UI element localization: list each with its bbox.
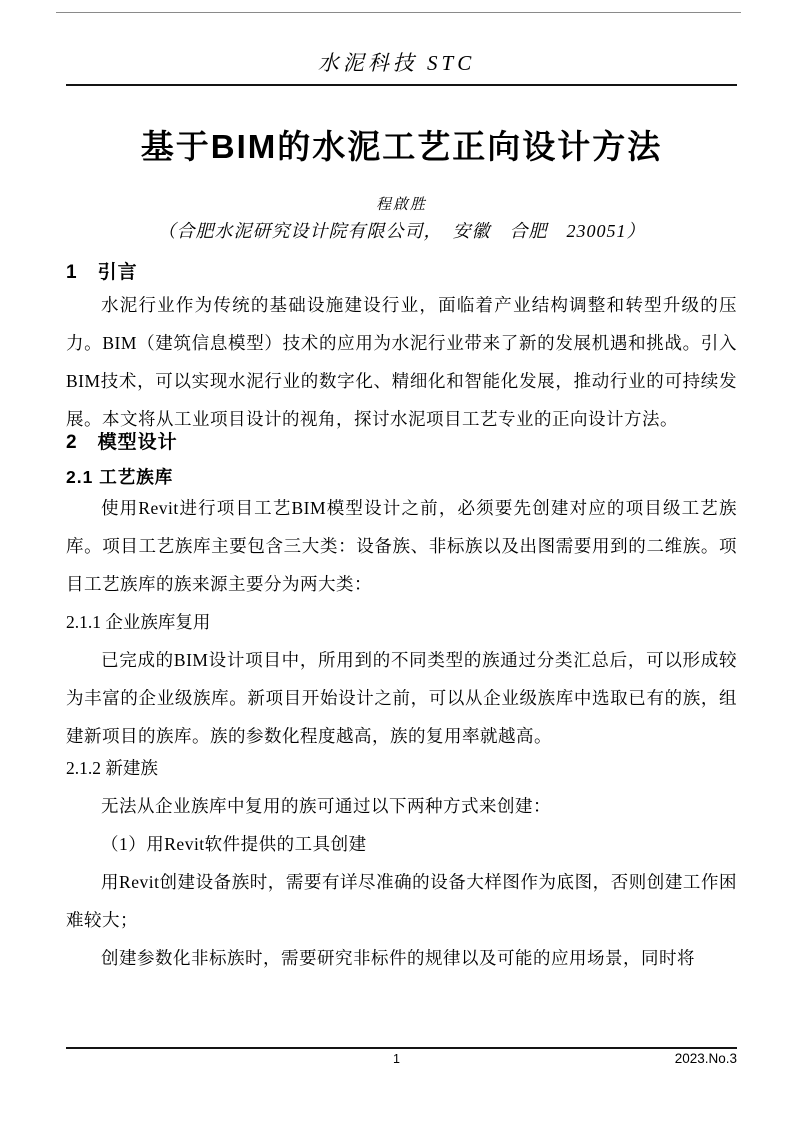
paragraph-family-library: 使用Revit进行项目工艺BIM模型设计之前，必须要先创建对应的项目级工艺族库。… [66, 489, 737, 603]
section-1-heading: 1 引言 [66, 260, 737, 286]
section-2-1-heading: 2.1 工艺族库 [66, 465, 737, 489]
header-rule [66, 84, 737, 86]
document-page: 水泥科技 STC 基于BIM的水泥工艺正向设计方法 程啟胜 （合肥水泥研究设计院… [0, 0, 793, 1122]
list-item-revit-tools: （1）用Revit软件提供的工具创建 [66, 825, 737, 863]
top-rule [56, 12, 741, 13]
paragraph-equipment-family: 用Revit创建设备族时，需要有详尽准确的设备大样图作为底图，否则创建工作困难较… [66, 863, 737, 939]
paragraph-introduction: 水泥行业作为传统的基础设施建设行业，面临着产业结构调整和转型升级的压力。BIM（… [66, 286, 737, 438]
paragraph-parametric-family: 创建参数化非标族时，需要研究非标件的规律以及可能的应用场景，同时将 [66, 939, 737, 977]
footer-rule [66, 1047, 737, 1049]
journal-title: 水泥科技 STC [0, 48, 793, 78]
issue-number: 2023.No.3 [675, 1051, 737, 1067]
section-2-1-1-heading: 2.1.1 企业族库复用 [66, 603, 737, 641]
author-name: 程啟胜 [66, 194, 737, 216]
paragraph-new-family-intro: 无法从企业族库中复用的族可通过以下两种方式来创建： [66, 787, 737, 825]
article-content: 基于BIM的水泥工艺正向设计方法 程啟胜 （合肥水泥研究设计院有限公司， 安徽 … [66, 96, 737, 977]
author-affiliation: （合肥水泥研究设计院有限公司， 安徽 合肥 230051） [66, 218, 737, 244]
paragraph-enterprise-reuse: 已完成的BIM设计项目中，所用到的不同类型的族通过分类汇总后，可以形成较为丰富的… [66, 641, 737, 755]
article-title: 基于BIM的水泥工艺正向设计方法 [66, 126, 737, 168]
